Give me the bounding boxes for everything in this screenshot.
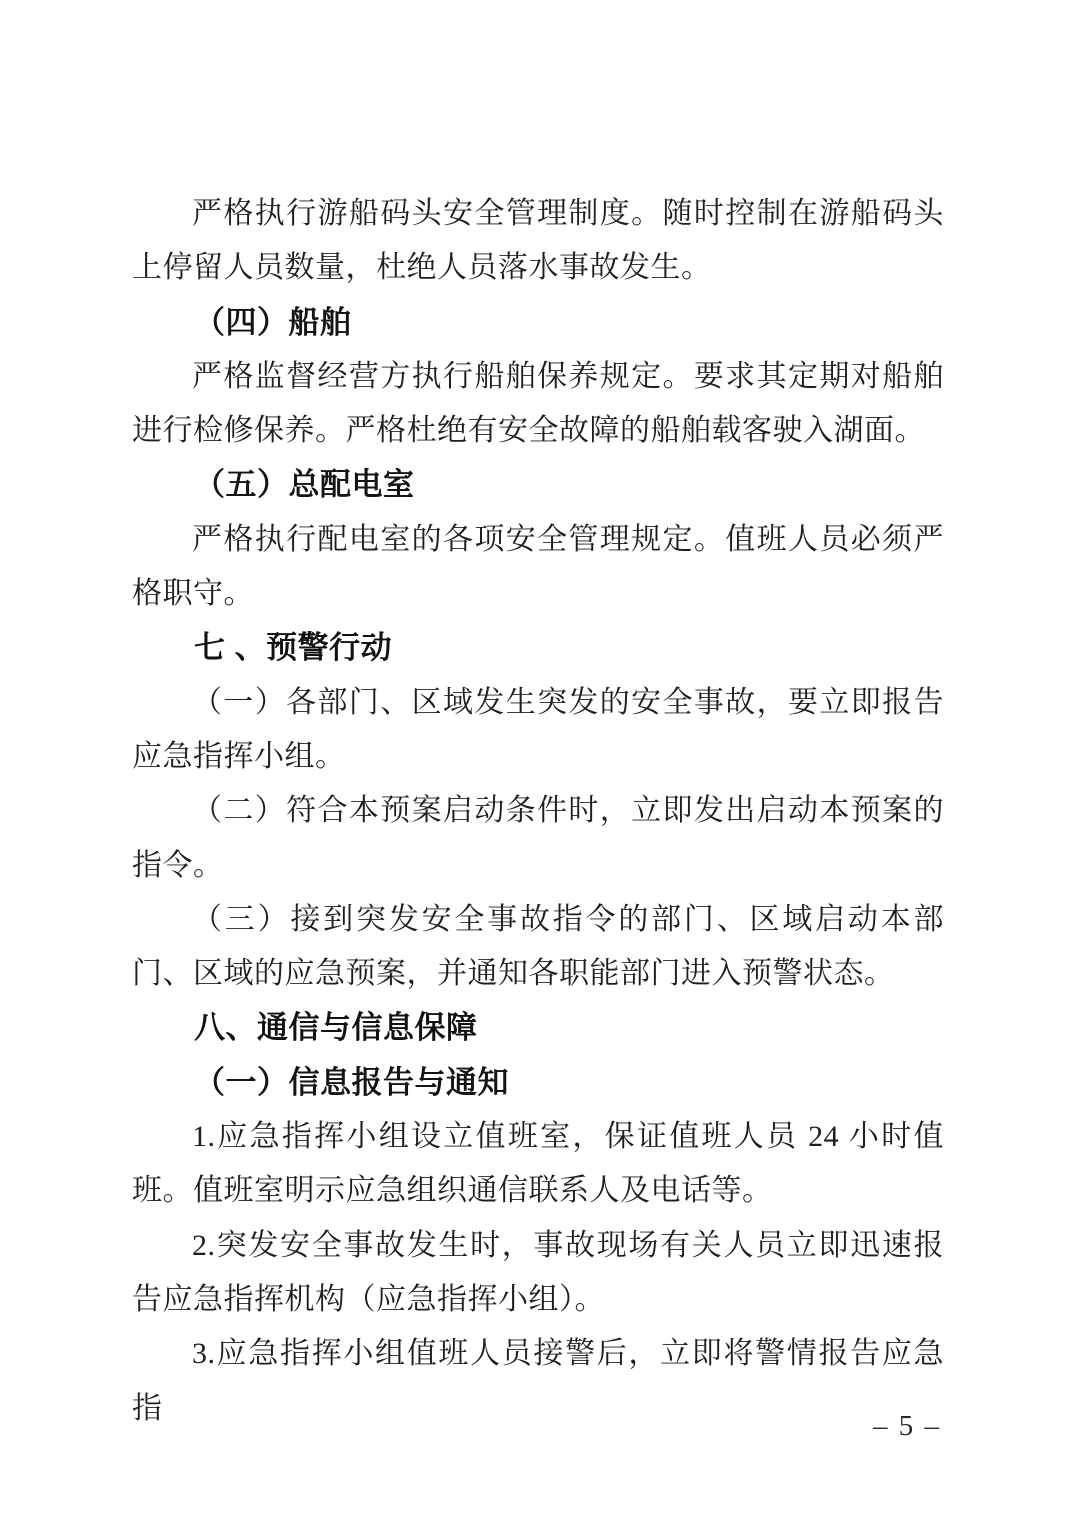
section-heading-8: 八、通信与信息保障 bbox=[132, 1001, 944, 1055]
paragraph: （二）符合本预案启动条件时，立即发出启动本预案的指令。 bbox=[132, 784, 944, 893]
subsection-heading-5: （五）总配电室 bbox=[132, 458, 944, 512]
paragraph: 3.应急指挥小组值班人员接警后，立即将警情报告应急指 bbox=[132, 1327, 944, 1436]
subsection-heading-1: （一）信息报告与通知 bbox=[132, 1056, 944, 1110]
paragraph: （三）接到突发安全事故指令的部门、区域启动本部门、区域的应急预案，并通知各职能部… bbox=[132, 893, 944, 1002]
paragraph: 2.突发安全事故发生时，事故现场有关人员立即迅速报告应急指挥机构（应急指挥小组）… bbox=[132, 1219, 944, 1328]
paragraph: （一）各部门、区域发生突发的安全事故，要立即报告应急指挥小组。 bbox=[132, 676, 944, 785]
paragraph: 严格执行配电室的各项安全管理规定。值班人员必须严格职守。 bbox=[132, 513, 944, 622]
document-page: 严格执行游船码头安全管理制度。随时控制在游船码头上停留人员数量，杜绝人员落水事故… bbox=[0, 0, 1074, 1520]
subsection-heading-4: （四）船舶 bbox=[132, 296, 944, 350]
paragraph: 严格执行游船码头安全管理制度。随时控制在游船码头上停留人员数量，杜绝人员落水事故… bbox=[132, 187, 944, 296]
section-heading-7: 七 、预警行动 bbox=[132, 621, 944, 675]
paragraph: 1.应急指挥小组设立值班室，保证值班人员 24 小时值班。值班室明示应急组织通信… bbox=[132, 1110, 944, 1219]
paragraph: 严格监督经营方执行船舶保养规定。要求其定期对船舶进行检修保养。严格杜绝有安全故障… bbox=[132, 350, 944, 459]
document-body: 严格执行游船码头安全管理制度。随时控制在游船码头上停留人员数量，杜绝人员落水事故… bbox=[132, 187, 944, 1436]
page-number: – 5 – bbox=[873, 1410, 941, 1443]
